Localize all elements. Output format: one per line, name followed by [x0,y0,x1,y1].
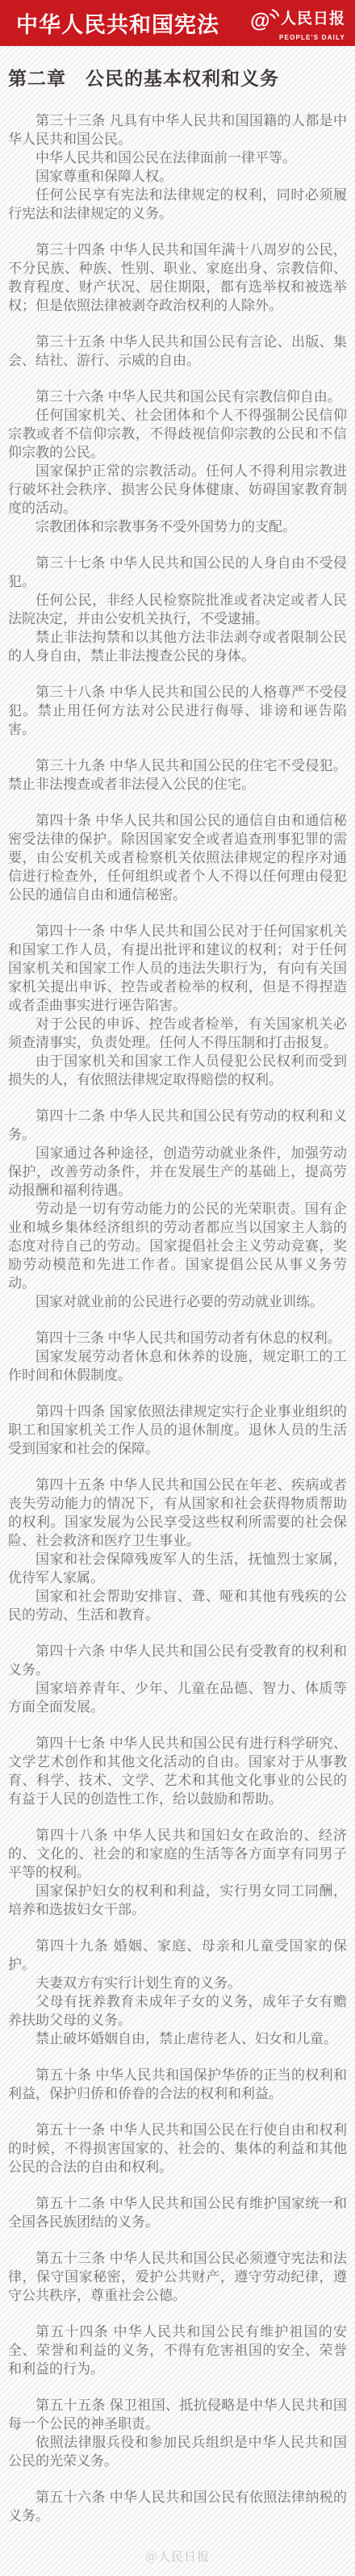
constitution-paragraph: 第三十五条 中华人民共和国公民有言论、出版、集会、结社、游行、示威的自由。 [8,333,347,370]
article-49: 第四十九条 婚姻、家庭、母亲和儿童受国家的保护。夫妻双方有实行计划生育的义务。父… [8,1937,347,2048]
constitution-paragraph: 第三十八条 中华人民共和国公民的人格尊严不受侵犯。禁止用任何方法对公民进行侮辱、… [8,683,347,739]
constitution-paragraph: 第四十条 中华人民共和国公民的通信自由和通信秘密受法律的保护。除因国家安全或者追… [8,811,347,904]
constitution-paragraph: 国家保护正常的宗教活动。任何人不得利用宗教进行破坏社会秩序、损害公民身体健康、妨… [8,462,347,517]
constitution-paragraph: 夫妻双方有实行计划生育的义务。 [8,1974,347,1992]
article-36: 第三十六条 中华人民共和国公民有宗教信仰自由。任何国家机关、社会团体和个人不得强… [8,387,347,536]
constitution-paragraph: 第四十九条 婚姻、家庭、母亲和儿童受国家的保护。 [8,1937,347,1974]
constitution-paragraph: 第四十五条 中华人民共和国公民在年老、疾病或者丧失劳动能力的情况下，有从国家和社… [8,1476,347,1550]
constitution-paragraph: 国家培养青年、少年、儿童在品德、智力、体质等方面全面发展。 [8,1679,347,1716]
constitution-paragraph: 国家和社会保障残废军人的生活，抚恤烈士家属，优待军人家属。 [8,1550,347,1587]
constitution-paragraph: 第五十一条 中华人民共和国公民在行使自由和权利的时候，不得损害国家的、社会的、集… [8,2121,347,2176]
article-55: 第五十五条 保卫祖国、抵抗侵略是中华人民共和国每一个公民的神圣职责。依照法律服兵… [8,2396,347,2470]
article-48: 第四十八条 中华人民共和国妇女在政治的、经济的、文化的、社会的和家庭的生活等各方… [8,1826,347,1919]
article-44: 第四十四条 国家依照法律规定实行企业事业组织的职工和国家机关工作人员的退休制度。… [8,1402,347,1458]
constitution-paragraph: 中华人民共和国公民在法律面前一律平等。 [8,149,347,167]
article-40: 第四十条 中华人民共和国公民的通信自由和通信秘密受法律的保护。除因国家安全或者追… [8,811,347,904]
logo-name-cn: 人民日报 [281,11,345,27]
article-42: 第四十二条 中华人民共和国公民有劳动的权利和义务。国家通过各种途径，创造劳动就业… [8,1107,347,1311]
constitution-paragraph: 禁止非法拘禁和以其他方法非法剥夺或者限制公民的人身自由，禁止非法搜查公民的身体。 [8,628,347,665]
footer-credit: ＠人民日报 [0,2543,355,2576]
article-33: 第三十三条 凡具有中华人民共和国国籍的人都是中华人民共和国公民。中华人民共和国公… [8,111,347,223]
constitution-text: 第二章 公民的基本权利和义务 第三十三条 凡具有中华人民共和国国籍的人都是中华人… [0,46,355,2543]
constitution-paragraph: 第四十三条 中华人民共和国劳动者有休息的权利。 [8,1329,347,1347]
constitution-paragraph: 第三十六条 中华人民共和国公民有宗教信仰自由。 [8,387,347,406]
article-46: 第四十六条 中华人民共和国公民有受教育的权利和义务。国家培养青年、少年、儿童在品… [8,1642,347,1716]
constitution-paragraph: 国家对就业前的公民进行必要的劳动就业训练。 [8,1292,347,1311]
constitution-paragraph: 第五十条 中华人民共和国保护华侨的正当的权利和利益，保护归侨和侨眷的合法的权利和… [8,2066,347,2103]
chapter-title: 第二章 公民的基本权利和义务 [8,64,347,90]
constitution-paragraph: 第四十四条 国家依照法律规定实行企业事业组织的职工和国家机关工作人员的退休制度。… [8,1402,347,1458]
article-53: 第五十三条 中华人民共和国公民必须遵守宪法和法律，保守国家秘密，爱护公共财产，遵… [8,2249,347,2305]
article-54: 第五十四条 中华人民共和国公民有维护祖国的安全、荣誉和利益的义务，不得有危害祖国… [8,2323,347,2378]
articles-list: 第三十三条 凡具有中华人民共和国国籍的人都是中华人民共和国公民。中华人民共和国公… [8,111,347,2525]
article-39: 第三十九条 中华人民共和国公民的住宅不受侵犯。禁止非法搜查或者非法侵入公民的住宅… [8,756,347,794]
constitution-paragraph: 任何公民享有宪法和法律规定的权利，同时必须履行宪法和法律规定的义务。 [8,186,347,223]
article-50: 第五十条 中华人民共和国保护华侨的正当的权利和利益，保护归侨和侨眷的合法的权利和… [8,2066,347,2103]
constitution-paragraph: 宗教团体和宗教事务不受外国势力的支配。 [8,517,347,536]
article-37: 第三十七条 中华人民共和国公民的人身自由不受侵犯。任何公民，非经人民检察院批准或… [8,554,347,665]
constitution-paragraph: 第四十六条 中华人民共和国公民有受教育的权利和义务。 [8,1642,347,1679]
constitution-paragraph: 劳动是一切有劳动能力的公民的光荣职责。国有企业和城乡集体经济组织的劳动者都应当以… [8,1200,347,1292]
constitution-paragraph: 父母有抚养教育未成年子女的义务，成年子女有赡养扶助父母的义务。 [8,1992,347,2029]
article-56: 第五十六条 中华人民共和国公民有依照法律纳税的义务。 [8,2488,347,2525]
article-38: 第三十八条 中华人民共和国公民的人格尊严不受侵犯。禁止用任何方法对公民进行侮辱、… [8,683,347,739]
constitution-paragraph: 国家发展劳动者休息和休养的设施，规定职工的工作时间和休假制度。 [8,1347,347,1384]
article-52: 第五十二条 中华人民共和国公民有维护国家统一和全国各民族团结的义务。 [8,2194,347,2231]
constitution-paragraph: 任何公民，非经人民检察院批准或者决定或者人民法院决定，并由公安机关执行，不受逮捕… [8,591,347,628]
article-45: 第四十五条 中华人民共和国公民在年老、疾病或者丧失劳动能力的情况下，有从国家和社… [8,1476,347,1624]
constitution-paragraph: 对于公民的申诉、控告或者检举，有关国家机关必须查清事实，负责处理。任何人不得压制… [8,1015,347,1052]
article-35: 第三十五条 中华人民共和国公民有言论、出版、集会、结社、游行、示威的自由。 [8,333,347,370]
article-47: 第四十七条 中华人民共和国公民有进行科学研究、文学艺术创作和其他文化活动的自由。… [8,1734,347,1808]
constitution-paragraph: 任何国家机关、社会团体和个人不得强制公民信仰宗教或者不信仰宗教，不得歧视信仰宗教… [8,406,347,462]
peoples-daily-logo: @ 人民日报 PEOPLE'S DAILY [250,6,345,41]
constitution-paragraph: 国家尊重和保障人权。 [8,167,347,186]
document-title: 中华人民共和国宪法 [16,7,219,39]
constitution-paragraph: 第五十五条 保卫祖国、抵抗侵略是中华人民共和国每一个公民的神圣职责。 [8,2396,347,2433]
constitution-paragraph: 第三十四条 中华人民共和国年满十八周岁的公民，不分民族、种族、性别、职业、家庭出… [8,241,347,315]
article-41: 第四十一条 中华人民共和国公民对于任何国家机关和国家工作人员，有提出批评和建议的… [8,922,347,1089]
constitution-paragraph: 国家通过各种途径，创造劳动就业条件，加强劳动保护，改善劳动条件，并在发展生产的基… [8,1144,347,1200]
constitution-paragraph: 第五十四条 中华人民共和国公民有维护祖国的安全、荣誉和利益的义务，不得有危害祖国… [8,2323,347,2378]
constitution-paragraph: 第四十一条 中华人民共和国公民对于任何国家机关和国家工作人员，有提出批评和建议的… [8,922,347,1015]
constitution-paragraph: 由于国家机关和国家工作人员侵犯公民权利而受到损失的人，有依照法律规定取得赔偿的权… [8,1052,347,1089]
constitution-paragraph: 第三十九条 中华人民共和国公民的住宅不受侵犯。禁止非法搜查或者非法侵入公民的住宅… [8,756,347,794]
svg-text:@: @ [250,9,269,31]
constitution-paragraph: 第三十七条 中华人民共和国公民的人身自由不受侵犯。 [8,554,347,591]
constitution-paragraph: 第五十六条 中华人民共和国公民有依照法律纳税的义务。 [8,2488,347,2525]
constitution-paragraph: 国家和社会帮助安排盲、聋、哑和其他有残疾的公民的劳动、生活和教育。 [8,1587,347,1624]
constitution-paragraph: 国家保护妇女的权利和利益，实行男女同工同酬，培养和选拔妇女干部。 [8,1882,347,1919]
article-34: 第三十四条 中华人民共和国年满十八周岁的公民，不分民族、种族、性别、职业、家庭出… [8,241,347,315]
article-51: 第五十一条 中华人民共和国公民在行使自由和权利的时候，不得损害国家的、社会的、集… [8,2121,347,2176]
constitution-paragraph: 第五十三条 中华人民共和国公民必须遵守宪法和法律，保守国家秘密，爱护公共财产，遵… [8,2249,347,2305]
constitution-paragraph: 第四十八条 中华人民共和国妇女在政治的、经济的、文化的、社会的和家庭的生活等各方… [8,1826,347,1882]
article-43: 第四十三条 中华人民共和国劳动者有休息的权利。国家发展劳动者休息和休养的设施，规… [8,1329,347,1384]
constitution-paragraph: 依照法律服兵役和参加民兵组织是中华人民共和国公民的光荣义务。 [8,2433,347,2470]
constitution-paragraph: 第三十三条 凡具有中华人民共和国国籍的人都是中华人民共和国公民。 [8,111,347,149]
logo-name-en: PEOPLE'S DAILY [279,35,345,41]
header-banner: 中华人民共和国宪法 @ 人民日报 PEOPLE'S DAILY [0,0,355,46]
constitution-paragraph: 第五十二条 中华人民共和国公民有维护国家统一和全国各民族团结的义务。 [8,2194,347,2231]
constitution-paragraph: 第四十七条 中华人民共和国公民有进行科学研究、文学艺术创作和其他文化活动的自由。… [8,1734,347,1808]
logo-top-row: @ 人民日报 [250,6,345,33]
at-signal-icon: @ [250,6,279,33]
constitution-poster: 中华人民共和国宪法 @ 人民日报 PEOPLE'S DAILY 第二章 公民的基… [0,0,355,2576]
constitution-paragraph: 第四十二条 中华人民共和国公民有劳动的权利和义务。 [8,1107,347,1144]
constitution-paragraph: 禁止破坏婚姻自由，禁止虐待老人、妇女和儿童。 [8,2029,347,2048]
